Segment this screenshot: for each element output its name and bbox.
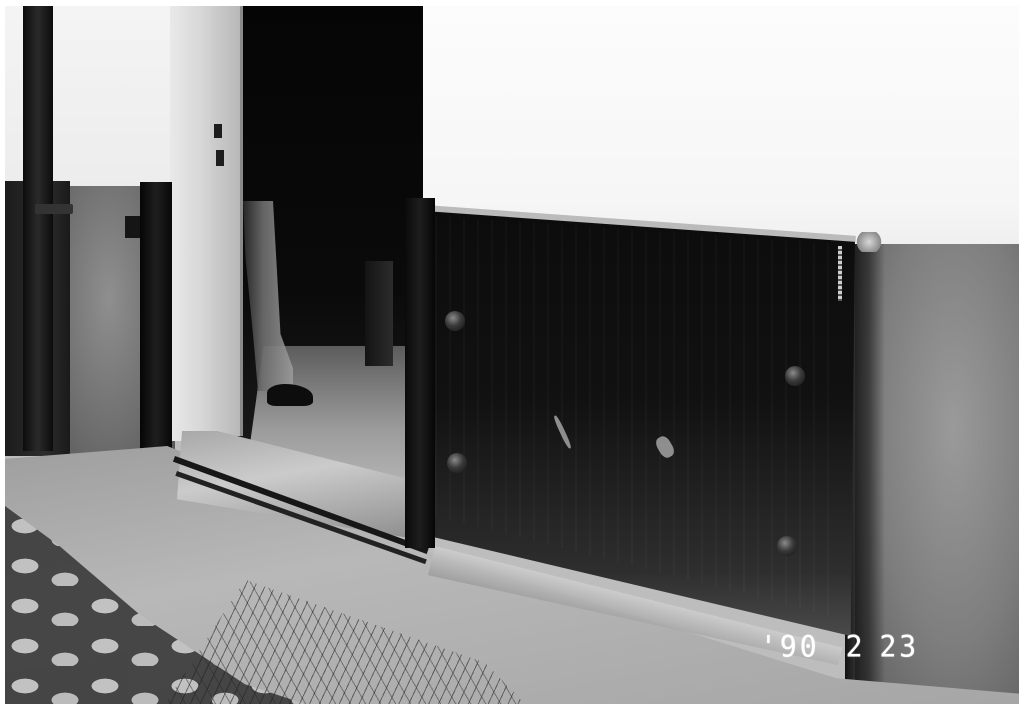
gate-bolt-icon (447, 453, 467, 473)
dark-gate-post (140, 182, 172, 467)
gate-bolt-icon (777, 536, 797, 556)
gate-bolt-icon (445, 311, 465, 331)
gate-texture (435, 216, 835, 616)
gate-hinge-edge (405, 198, 435, 548)
chain (838, 246, 842, 301)
date-month: 2 (846, 629, 866, 664)
person-far-leg (365, 261, 393, 366)
drainpipe (23, 6, 53, 451)
date-stamp: '90223 (760, 629, 919, 664)
date-year: '90 (760, 629, 820, 664)
date-day: 23 (879, 629, 919, 664)
pipe-clamp (35, 204, 73, 214)
door-frame-inner (210, 6, 243, 436)
chain-anchor (855, 232, 883, 252)
gate-bolt-icon (785, 366, 805, 386)
frame-latch-upper (214, 124, 222, 138)
photograph: '90223 (5, 6, 1019, 704)
frame-latch-lower (216, 150, 224, 166)
